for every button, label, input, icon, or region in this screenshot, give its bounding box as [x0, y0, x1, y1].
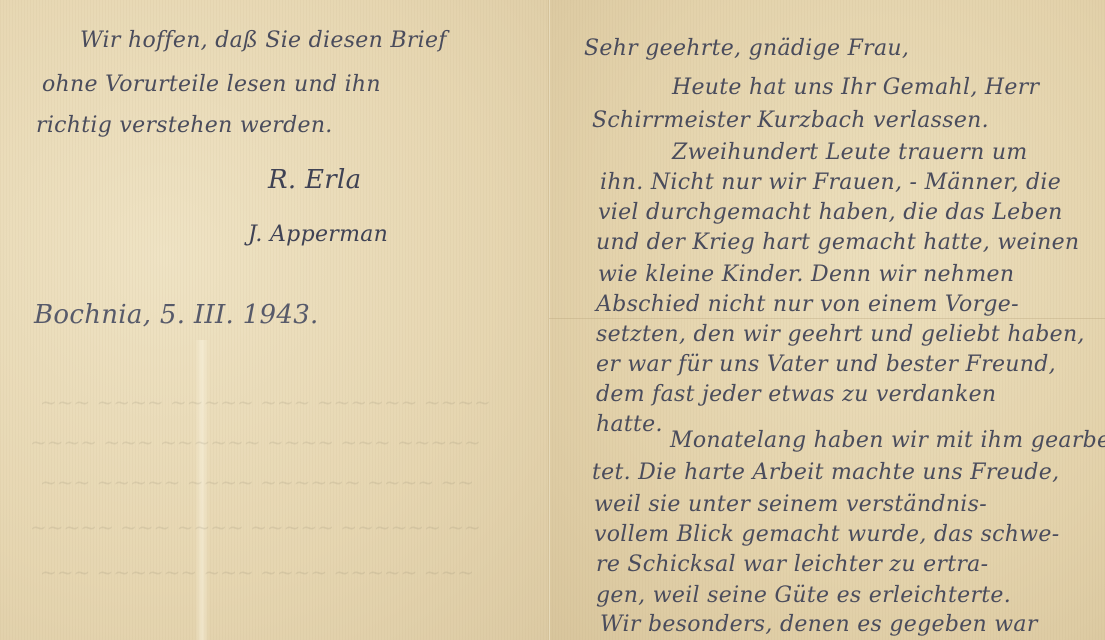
signature: J. Apperman — [248, 222, 388, 247]
letter-line: weil sie unter seinem verständnis- — [594, 492, 987, 517]
letter-line: hatte. — [596, 412, 663, 437]
bleed-through-text: ~~~ ~~~~~~ ~~~ ~~~~ ~~~~~ ~~~ — [40, 560, 474, 584]
letter-line: dem fast jeder etwas zu verdanken — [596, 382, 996, 407]
letter-line: und der Krieg hart gemacht hatte, weinen — [596, 230, 1079, 255]
letter-line: Abschied nicht nur von einem Vorge- — [596, 292, 1019, 317]
bleed-through-text: ~~~ ~~~~~ ~~~~ ~~~~~~ ~~~~ ~~ — [40, 470, 474, 494]
letter-line: setzten, den wir geehrt und geliebt habe… — [596, 322, 1085, 347]
closing-line: richtig verstehen werden. — [36, 113, 333, 138]
page-fold — [548, 0, 550, 640]
salutation: Sehr geehrte, gnädige Frau, — [584, 36, 909, 61]
closing-line: ohne Vorurteile lesen und ihn — [42, 72, 381, 97]
letter-line: viel durchgemacht haben, die das Leben — [598, 200, 1063, 225]
letter-line: vollem Blick gemacht wurde, das schwe- — [594, 522, 1059, 547]
paper-crease — [549, 318, 1105, 319]
bleed-through-text: ~~~~ ~~~ ~~~~~~ ~~~~ ~~~ ~~~~~ — [30, 430, 481, 454]
bleed-through-text: ~~~~~ ~~~ ~~~~ ~~~~~ ~~~~~~ ~~ — [30, 515, 481, 539]
letter-line: Monatelang haben wir mit ihm gearbei- — [670, 428, 1105, 453]
signature: R. Erla — [268, 165, 361, 195]
letter-line: Zweihundert Leute trauern um — [672, 140, 1028, 165]
letter-line: Heute hat uns Ihr Gemahl, Herr — [672, 75, 1039, 100]
bleed-through-text: ~~~ ~~~~ ~~~~~ ~~~ ~~~~~~ ~~~~ — [40, 390, 491, 414]
closing-line: Wir hoffen, daß Sie diesen Brief — [80, 28, 447, 53]
letter-line: re Schicksal war leichter zu ertra- — [596, 552, 988, 577]
letter-line: tet. Die harte Arbeit machte uns Freude, — [592, 460, 1059, 485]
letter-line: ihn. Nicht nur wir Frauen, - Männer, die — [600, 170, 1061, 195]
letter-line: Wir besonders, denen es gegeben war — [600, 612, 1038, 637]
letter-line: wie kleine Kinder. Denn wir nehmen — [598, 262, 1014, 287]
letter-line: gen, weil seine Güte es erleichterte. — [596, 583, 1011, 608]
place-date: Bochnia, 5. III. 1943. — [34, 300, 319, 330]
letter-line: er war für uns Vater und bester Freund, — [596, 352, 1056, 377]
letter-line: Schirrmeister Kurzbach verlassen. — [592, 108, 989, 133]
